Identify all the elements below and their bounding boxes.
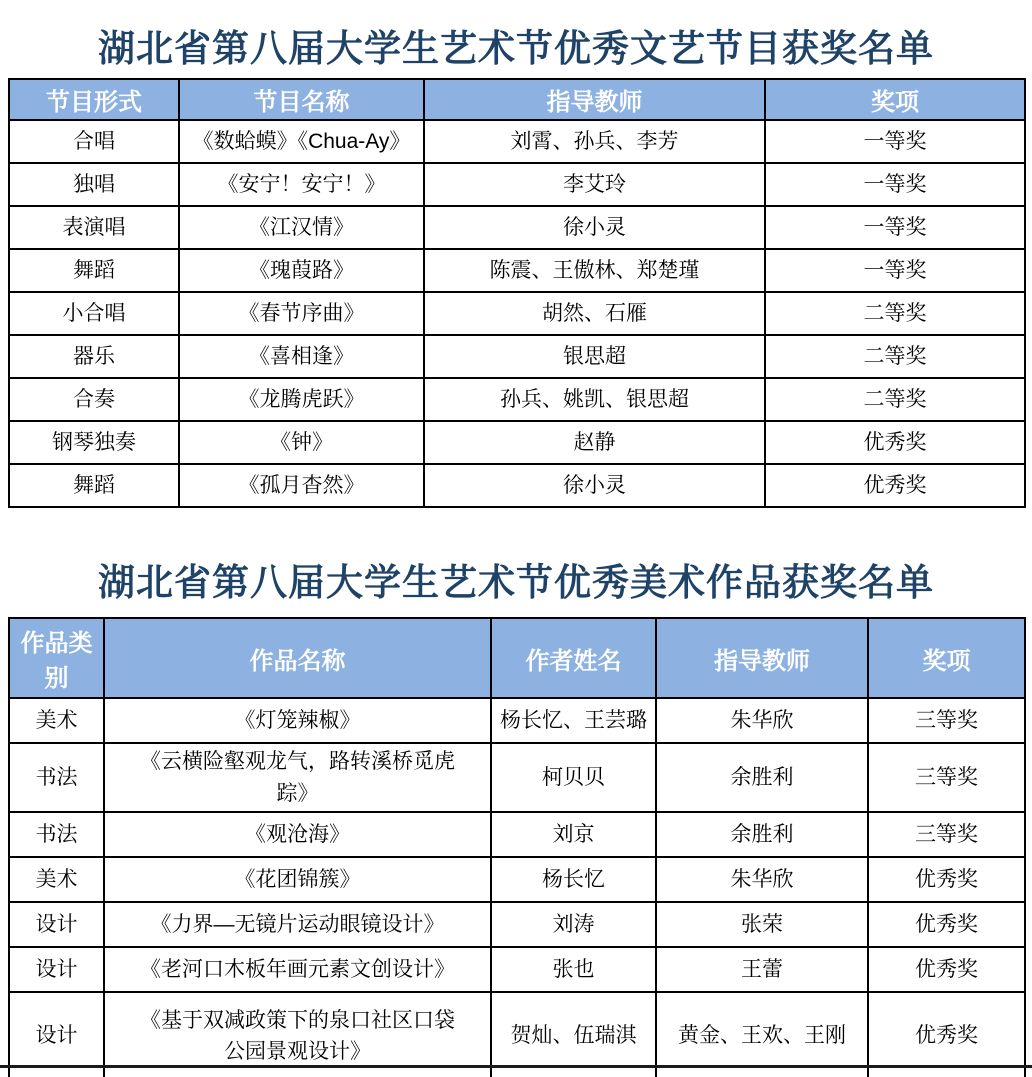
program-form-cell: 独唱 [9, 163, 179, 206]
award-cell: 二等奖 [765, 335, 1025, 378]
work-name-cell: 《云横险壑观龙气，路转溪桥觅虎踪》 [104, 743, 491, 812]
table-row: 舞蹈 《孤月杳然》 徐小灵 优秀奖 [9, 464, 1025, 507]
award-cell: 二等奖 [765, 292, 1025, 335]
author-cell: 刘京 [491, 812, 656, 857]
programs-table-header: 节目形式 节目名称 指导教师 奖项 [9, 79, 1025, 120]
column-header-award: 奖项 [765, 79, 1025, 120]
header-row: 作品类别 作品名称 作者姓名 指导教师 奖项 [9, 618, 1025, 698]
program-form-cell: 舞蹈 [9, 249, 179, 292]
instructor-cell: 银思超 [424, 335, 765, 378]
table-row: 钢琴独奏 《钟》 赵静 优秀奖 [9, 421, 1025, 464]
column-header-program-form: 节目形式 [9, 79, 179, 120]
instructor-cell: 朱华欣 [656, 698, 868, 743]
program-form-cell: 钢琴独奏 [9, 421, 179, 464]
table-row: 美术 《花团锦簇》 杨长忆 朱华欣 优秀奖 [9, 857, 1025, 902]
work-category-cell: 设计 [9, 947, 104, 992]
instructor-cell: 陈震、王傲林、郑楚瑾 [424, 249, 765, 292]
instructor-cell: 王蕾 [656, 947, 868, 992]
programs-table-body: 合唱 《数蛤蟆》《Chua-Ay》 刘霄、孙兵、李芳 一等奖 独唱 《安宁！安宁… [9, 120, 1025, 507]
author-cell: 张也 [491, 947, 656, 992]
work-name-cell: 《老河口木板年画元素文创设计》 [104, 947, 491, 992]
program-name-cell: 《孤月杳然》 [179, 464, 424, 507]
program-name-cell: 《喜相逢》 [179, 335, 424, 378]
artworks-award-table: 作品类别 作品名称 作者姓名 指导教师 奖项 美术 《灯笼辣椒》 杨长忆、王芸璐… [8, 617, 1026, 1077]
work-category-cell: 书法 [9, 812, 104, 857]
table-row: 书法 《云横险壑观龙气，路转溪桥觅虎踪》 柯贝贝 余胜利 三等奖 [9, 743, 1025, 812]
program-name-cell: 《瑰葭路》 [179, 249, 424, 292]
program-name-cell: 《龙腾虎跃》 [179, 378, 424, 421]
program-name-cell: 《安宁！安宁！》 [179, 163, 424, 206]
column-header-instructor: 指导教师 [424, 79, 765, 120]
column-header-author: 作者姓名 [491, 618, 656, 698]
instructor-cell: 余胜利 [656, 743, 868, 812]
table-row: 合奏 《龙腾虎跃》 孙兵、姚凯、银思超 二等奖 [9, 378, 1025, 421]
page-bottom-rule [0, 1065, 1032, 1068]
award-cell: 一等奖 [765, 120, 1025, 163]
work-category-cell: 美术 [9, 857, 104, 902]
table-row: 美术 《灯笼辣椒》 杨长忆、王芸璐 朱华欣 三等奖 [9, 698, 1025, 743]
instructor-cell: 张荣 [656, 902, 868, 947]
table-row: 小合唱 《春节序曲》 胡然、石雁 二等奖 [9, 292, 1025, 335]
program-name-cell: 《数蛤蟆》《Chua-Ay》 [179, 120, 424, 163]
program-name-cell: 《江汉情》 [179, 206, 424, 249]
award-cell: 优秀奖 [765, 421, 1025, 464]
instructor-cell: 刘霄、孙兵、李芳 [424, 120, 765, 163]
work-name-cell: 《力界—无镜片运动眼镜设计》 [104, 902, 491, 947]
work-name-cell: 《花团锦簇》 [104, 857, 491, 902]
award-cell: 优秀奖 [868, 947, 1025, 992]
author-cell: 杨长忆、王芸璐 [491, 698, 656, 743]
instructor-cell: 胡然、石雁 [424, 292, 765, 335]
column-header-work-category: 作品类别 [9, 618, 104, 698]
award-cell: 三等奖 [868, 743, 1025, 812]
column-header-program-name: 节目名称 [179, 79, 424, 120]
column-header-award: 奖项 [868, 618, 1025, 698]
program-form-cell: 器乐 [9, 335, 179, 378]
work-category-cell: 书法 [9, 743, 104, 812]
table-row: 设计 《力界—无镜片运动眼镜设计》 刘涛 张荣 优秀奖 [9, 902, 1025, 947]
header-row: 节目形式 节目名称 指导教师 奖项 [9, 79, 1025, 120]
program-form-cell: 小合唱 [9, 292, 179, 335]
author-cell: 柯贝贝 [491, 743, 656, 812]
program-name-cell: 《春节序曲》 [179, 292, 424, 335]
award-cell: 三等奖 [868, 698, 1025, 743]
table-row: 书法 《观沧海》 刘京 余胜利 三等奖 [9, 812, 1025, 857]
table-row: 独唱 《安宁！安宁！》 李艾玲 一等奖 [9, 163, 1025, 206]
program-form-cell: 合唱 [9, 120, 179, 163]
award-cell: 优秀奖 [868, 902, 1025, 947]
column-header-instructor: 指导教师 [656, 618, 868, 698]
program-form-cell: 表演唱 [9, 206, 179, 249]
table-row: 表演唱 《江汉情》 徐小灵 一等奖 [9, 206, 1025, 249]
table-row: 合唱 《数蛤蟆》《Chua-Ay》 刘霄、孙兵、李芳 一等奖 [9, 120, 1025, 163]
programs-list-title: 湖北省第八届大学生艺术节优秀文艺节目获奖名单 [0, 18, 1032, 72]
instructor-cell: 孙兵、姚凯、银思超 [424, 378, 765, 421]
award-cell: 优秀奖 [765, 464, 1025, 507]
instructor-cell: 徐小灵 [424, 464, 765, 507]
work-category-cell: 设计 [9, 902, 104, 947]
award-cell: 三等奖 [868, 812, 1025, 857]
column-header-work-name: 作品名称 [104, 618, 491, 698]
program-form-cell: 舞蹈 [9, 464, 179, 507]
instructor-cell: 余胜利 [656, 812, 868, 857]
program-name-cell: 《钟》 [179, 421, 424, 464]
award-cell: 优秀奖 [868, 857, 1025, 902]
document-page: { "colors": { "title_text": "#1F4267", "… [0, 0, 1032, 1077]
instructor-cell: 李艾玲 [424, 163, 765, 206]
award-cell: 一等奖 [765, 249, 1025, 292]
table-row: 舞蹈 《瑰葭路》 陈震、王傲林、郑楚瑾 一等奖 [9, 249, 1025, 292]
award-cell: 一等奖 [765, 206, 1025, 249]
work-name-cell: 《观沧海》 [104, 812, 491, 857]
artworks-table-header: 作品类别 作品名称 作者姓名 指导教师 奖项 [9, 618, 1025, 698]
award-cell: 二等奖 [765, 378, 1025, 421]
program-form-cell: 合奏 [9, 378, 179, 421]
table-row: 设计 《老河口木板年画元素文创设计》 张也 王蕾 优秀奖 [9, 947, 1025, 992]
table-row: 器乐 《喜相逢》 银思超 二等奖 [9, 335, 1025, 378]
programs-award-table: 节目形式 节目名称 指导教师 奖项 合唱 《数蛤蟆》《Chua-Ay》 刘霄、孙… [8, 78, 1026, 508]
author-cell: 杨长忆 [491, 857, 656, 902]
work-category-cell: 美术 [9, 698, 104, 743]
instructor-cell: 徐小灵 [424, 206, 765, 249]
artworks-list-title: 湖北省第八届大学生艺术节优秀美术作品获奖名单 [0, 552, 1032, 606]
instructor-cell: 赵静 [424, 421, 765, 464]
artworks-table-body: 美术 《灯笼辣椒》 杨长忆、王芸璐 朱华欣 三等奖 书法 《云横险壑观龙气，路转… [9, 698, 1025, 1077]
author-cell: 刘涛 [491, 902, 656, 947]
award-cell: 一等奖 [765, 163, 1025, 206]
instructor-cell: 朱华欣 [656, 857, 868, 902]
work-name-cell: 《灯笼辣椒》 [104, 698, 491, 743]
